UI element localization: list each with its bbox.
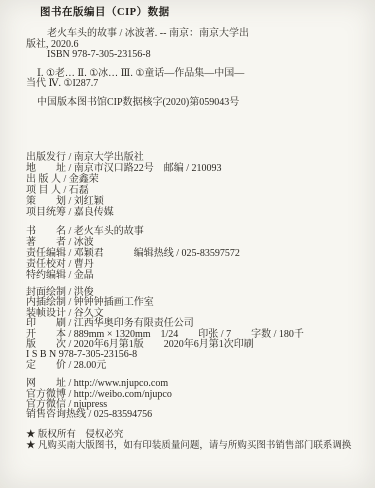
cip-block: 图书在版编目（CIP）数据 老火车头的故事 / 冰波著. -- 南京：南京大学出… [26,7,361,108]
price-line: 定 价 / 28.00元 [26,361,361,371]
project-person-line: 项 目 人 / 石磊 [26,185,361,196]
exchange-notice-line: ★ 凡购买南大版图书，如有印装质量问题，请与所购买图书销售部门联系调换 [26,441,361,453]
book-info-block: 书 名 / 老火车头的故事 著 者 / 冰波 责任编辑 / 邓颖君 编辑热线 /… [26,226,361,281]
copyright-page: 图书在版编目（CIP）数据 老火车头的故事 / 冰波著. -- 南京：南京大学出… [0,0,375,488]
project-coordinator-line: 项目统筹 / 嘉良传媒 [26,207,361,218]
cip-record-number-line: 中国版本图书馆CIP数据核字(2020)第059043号 [26,98,361,109]
copyright-notice-line: ★ 版权所有 侵权必究 [26,430,361,442]
planner-line: 策 划 / 刘红颖 [26,196,361,207]
cip-classification-line-wrap: 当代 Ⅳ. ①I287.7 [26,79,361,90]
publisher-block: 出版发行 / 南京大学出版社 地 址 / 南京市汉口路22号 邮编 / 2100… [26,152,361,218]
cip-title-line: 老火车头的故事 / 冰波著. -- 南京：南京大学出 [26,29,361,40]
publisher-line: 出版发行 / 南京大学出版社 [26,152,361,163]
special-editor-line: 特约编辑 / 金晶 [26,270,361,281]
sales-hotline-line: 销售咨询热线 / 025-83594756 [26,410,361,420]
author-line: 著 者 / 冰波 [26,237,361,248]
address-line: 地 址 / 南京市汉口路22号 邮编 / 210093 [26,163,361,174]
cip-isbn-line: ISBN 978-7-305-23156-8 [26,50,361,61]
notices-block: ★ 版权所有 侵权必究 ★ 凡购买南大版图书，如有印装质量问题，请与所购买图书销… [26,430,361,453]
contact-block: 网 址 / http://www.njupco.com 官方微博 / http:… [26,379,361,421]
cip-heading: 图书在版编目（CIP）数据 [40,7,361,18]
book-title-line: 书 名 / 老火车头的故事 [26,226,361,237]
production-block: 封面绘制 / 洪俊 内插绘制 / 钟钟钟插画工作室 装帧设计 / 谷久文 印 刷… [26,288,361,371]
publisher-person-line: 出 版 人 / 金鑫荣 [26,174,361,185]
editor-hotline-line: 责任编辑 / 邓颖君 编辑热线 / 025-83597572 [26,248,361,259]
proofreader-line: 责任校对 / 曹丹 [26,259,361,270]
